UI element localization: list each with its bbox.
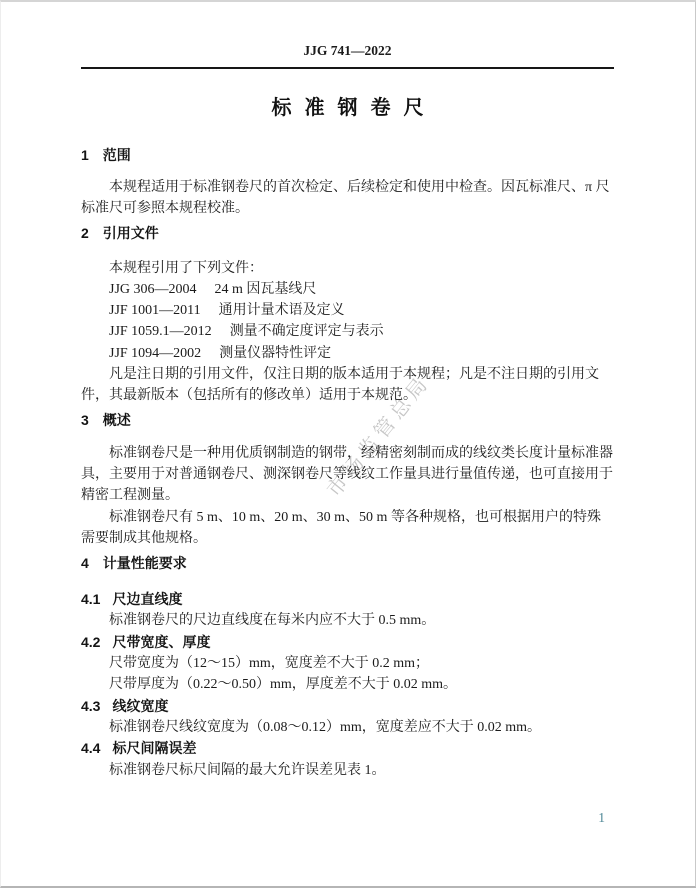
paragraph: 标准钢卷尺是一种用优质钢制造的钢带，经精密刻制而成的线纹类长度计量标准器 具，主… <box>81 443 614 507</box>
paragraph-line: 本规程适用于标准钢卷尺的首次检定、后续检定和使用中检查。因瓦标准尺、π 尺 <box>81 177 614 198</box>
reference-title: 24 m 因瓦基线尺 <box>215 282 317 297</box>
subsection-straightness: 4.1尺边直线度 标准钢卷尺的尺边直线度在每米内应不大于 0.5 mm。 <box>81 589 614 632</box>
subsection-heading: 4.4标尺间隔误差 <box>81 738 614 759</box>
subsection-title: 尺边直线度 <box>112 591 182 607</box>
paragraph: 本规程适用于标准钢卷尺的首次检定、后续检定和使用中检查。因瓦标准尺、π 尺 标准… <box>81 177 614 220</box>
header-rule <box>81 67 614 69</box>
reference-list: 本规程引用了下列文件： JJG 306—200424 m 因瓦基线尺 JJF 1… <box>81 258 614 407</box>
reference-code: JJF 1059.1—2012 <box>109 324 212 339</box>
paragraph-line: 件，其最新版本（包括所有的修改单）适用于本规范。 <box>81 385 614 406</box>
paragraph-line: 需要制成其他规格。 <box>81 528 614 549</box>
page-number: 1 <box>598 811 605 825</box>
subsection-number: 4.2 <box>81 634 100 650</box>
section-number: 1 <box>81 147 89 163</box>
subsection-width-thickness: 4.2尺带宽度、厚度 尺带宽度为（12～15）mm，宽度差不大于 0.2 mm；… <box>81 632 614 696</box>
subsection-heading: 4.1尺边直线度 <box>81 589 614 610</box>
paragraph-line: 尺带宽度为（12～15）mm，宽度差不大于 0.2 mm； <box>81 653 614 674</box>
section-scope: 1范围 本规程适用于标准钢卷尺的首次检定、后续检定和使用中检查。因瓦标准尺、π … <box>81 148 614 220</box>
section-references: 2引用文件 本规程引用了下列文件： JJG 306—200424 m 因瓦基线尺… <box>81 226 614 407</box>
subsection-number: 4.3 <box>81 698 100 714</box>
section-overview: 3概述 标准钢卷尺是一种用优质钢制造的钢带，经精密刻制而成的线纹类长度计量标准器… <box>81 413 614 549</box>
document-title: 标准钢卷尺 <box>81 96 614 120</box>
paragraph-line: 标准尺可参照本规程校准。 <box>81 198 614 219</box>
section-heading: 3概述 <box>81 413 614 428</box>
section-number: 3 <box>81 412 89 428</box>
paragraph-line: 标准钢卷尺线纹宽度为（0.08～0.12）mm，宽度差应不大于 0.02 mm。 <box>81 717 614 738</box>
paragraph-line: 凡是注日期的引用文件，仅注日期的版本适用于本规程；凡是不注日期的引用文 <box>81 364 614 385</box>
reference-code: JJF 1094—2002 <box>109 346 201 361</box>
section-heading: 2引用文件 <box>81 226 614 241</box>
reference-item: JJF 1001—2011通用计量术语及定义 <box>81 300 614 321</box>
section-number: 2 <box>81 225 89 241</box>
standard-code-header: JJG 741—2022 <box>81 44 614 58</box>
section-heading-label: 概述 <box>103 412 131 428</box>
paragraph: 标准钢卷尺有 5 m、10 m、20 m、30 m、50 m 等各种规格，也可根… <box>81 507 614 550</box>
reference-intro: 本规程引用了下列文件： <box>81 258 614 279</box>
section-heading: 1范围 <box>81 148 614 163</box>
reference-title: 通用计量术语及定义 <box>219 303 345 318</box>
subsection-number: 4.1 <box>81 591 100 607</box>
subsection-heading: 4.3线纹宽度 <box>81 696 614 717</box>
reference-item: JJG 306—200424 m 因瓦基线尺 <box>81 279 614 300</box>
section-heading-label: 引用文件 <box>103 225 159 241</box>
section-heading: 4计量性能要求 <box>81 556 614 571</box>
paragraph-line: 精密工程测量。 <box>81 485 614 506</box>
subsection-title: 线纹宽度 <box>112 698 168 714</box>
reference-code: JJF 1001—2011 <box>109 303 201 318</box>
reference-code: JJG 306—2004 <box>109 282 197 297</box>
section-heading-label: 计量性能要求 <box>103 555 187 571</box>
reference-item: JJF 1094—2002测量仪器特性评定 <box>81 343 614 364</box>
paragraph-line: 具，主要用于对普通钢卷尺、测深钢卷尺等线纹工作量具进行量值传递，也可直接用于 <box>81 464 614 485</box>
document-page: { "page": { "header_code": "JJG 741—2022… <box>0 0 696 889</box>
subsection-number: 4.4 <box>81 740 100 756</box>
subsection-line-width: 4.3线纹宽度 标准钢卷尺线纹宽度为（0.08～0.12）mm，宽度差应不大于 … <box>81 696 614 739</box>
paragraph-line: 标准钢卷尺标尺间隔的最大允许误差见表 1。 <box>81 760 614 781</box>
subsection-title: 尺带宽度、厚度 <box>112 634 210 650</box>
reference-title: 测量仪器特性评定 <box>219 346 331 361</box>
subsection-heading: 4.2尺带宽度、厚度 <box>81 632 614 653</box>
subsection-scale-interval-error: 4.4标尺间隔误差 标准钢卷尺标尺间隔的最大允许误差见表 1。 <box>81 738 614 781</box>
reference-item: JJF 1059.1—2012测量不确定度评定与表示 <box>81 321 614 342</box>
subsection-title: 标尺间隔误差 <box>112 740 196 756</box>
section-metrological-requirements: 4计量性能要求 4.1尺边直线度 标准钢卷尺的尺边直线度在每米内应不大于 0.5… <box>81 556 614 781</box>
document-content: JJG 741—2022 标准钢卷尺 1范围 本规程适用于标准钢卷尺的首次检定、… <box>81 0 614 781</box>
reference-title: 测量不确定度评定与表示 <box>230 324 384 339</box>
paragraph-line: 标准钢卷尺有 5 m、10 m、20 m、30 m、50 m 等各种规格，也可根… <box>81 507 614 528</box>
section-heading-label: 范围 <box>103 147 131 163</box>
paragraph-line: 标准钢卷尺是一种用优质钢制造的钢带，经精密刻制而成的线纹类长度计量标准器 <box>81 443 614 464</box>
paragraph-line: 标准钢卷尺的尺边直线度在每米内应不大于 0.5 mm。 <box>81 610 614 631</box>
section-number: 4 <box>81 555 89 571</box>
paragraph-line: 尺带厚度为（0.22～0.50）mm，厚度差不大于 0.02 mm。 <box>81 674 614 695</box>
